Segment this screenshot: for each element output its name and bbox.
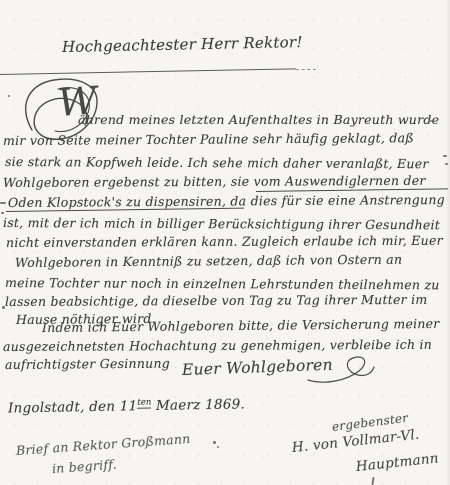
scan-speck [430,120,432,122]
scan-speck [2,306,5,309]
archival-note-line: Brief an Rektor Großmann [15,431,190,458]
body-line: nicht einverstanden erklären kann. Zugle… [6,233,443,250]
archival-note-line: in begriff. [51,456,117,475]
scan-speck [213,441,216,444]
scan-speck [0,202,6,204]
date-ordinal-sup: ten [137,397,151,408]
scan-speck [371,477,374,485]
body-line: sie stark an Kopfweh leide. Ich sehe mic… [5,154,429,171]
signature-title: Hauptmann [355,450,439,475]
body-line: aufrichtigster Gesinnung [5,356,170,372]
date-line: Ingolstadt, den 11ten Maerz 1869. [8,396,245,417]
body-line: Wohlgeboren in Kenntniß zu setzen, daß i… [15,252,402,270]
body-line: Wohlgeboren ergebenst zu bitten, sie vom… [3,173,426,190]
body-line: ährend meines letzten Aufenthaltes in Ba… [78,112,439,127]
date-prefix: Ingolstadt, den 11 [8,398,138,416]
scanned-letter-page: Hochgeachtester Herr Rektor! W ährend me… [0,0,450,485]
body-line: Indem ich Euer Wohlgeboren bitte, die Ve… [42,316,440,335]
body-line: mir von Seite meiner Tochter Pauline seh… [3,130,414,148]
scan-speck [8,95,10,97]
scan-edge-shade [446,0,450,485]
date-suffix: Maerz 1869. [151,396,245,414]
scan-speck [1,212,4,214]
body-line: meine Tochter nur noch in einzelnen Lehr… [5,275,440,292]
salutation-rule-tail [296,69,316,70]
closing-swash-icon [306,352,376,388]
body-line: lassen beabsichtige, da dieselbe von Tag… [5,292,427,309]
salutation: Hochgeachtester Herr Rektor! [62,33,303,56]
body-line: ist, mit der ich mich in billiger Berück… [3,215,440,232]
salutation-rule [0,68,296,75]
scan-speck [217,446,219,448]
